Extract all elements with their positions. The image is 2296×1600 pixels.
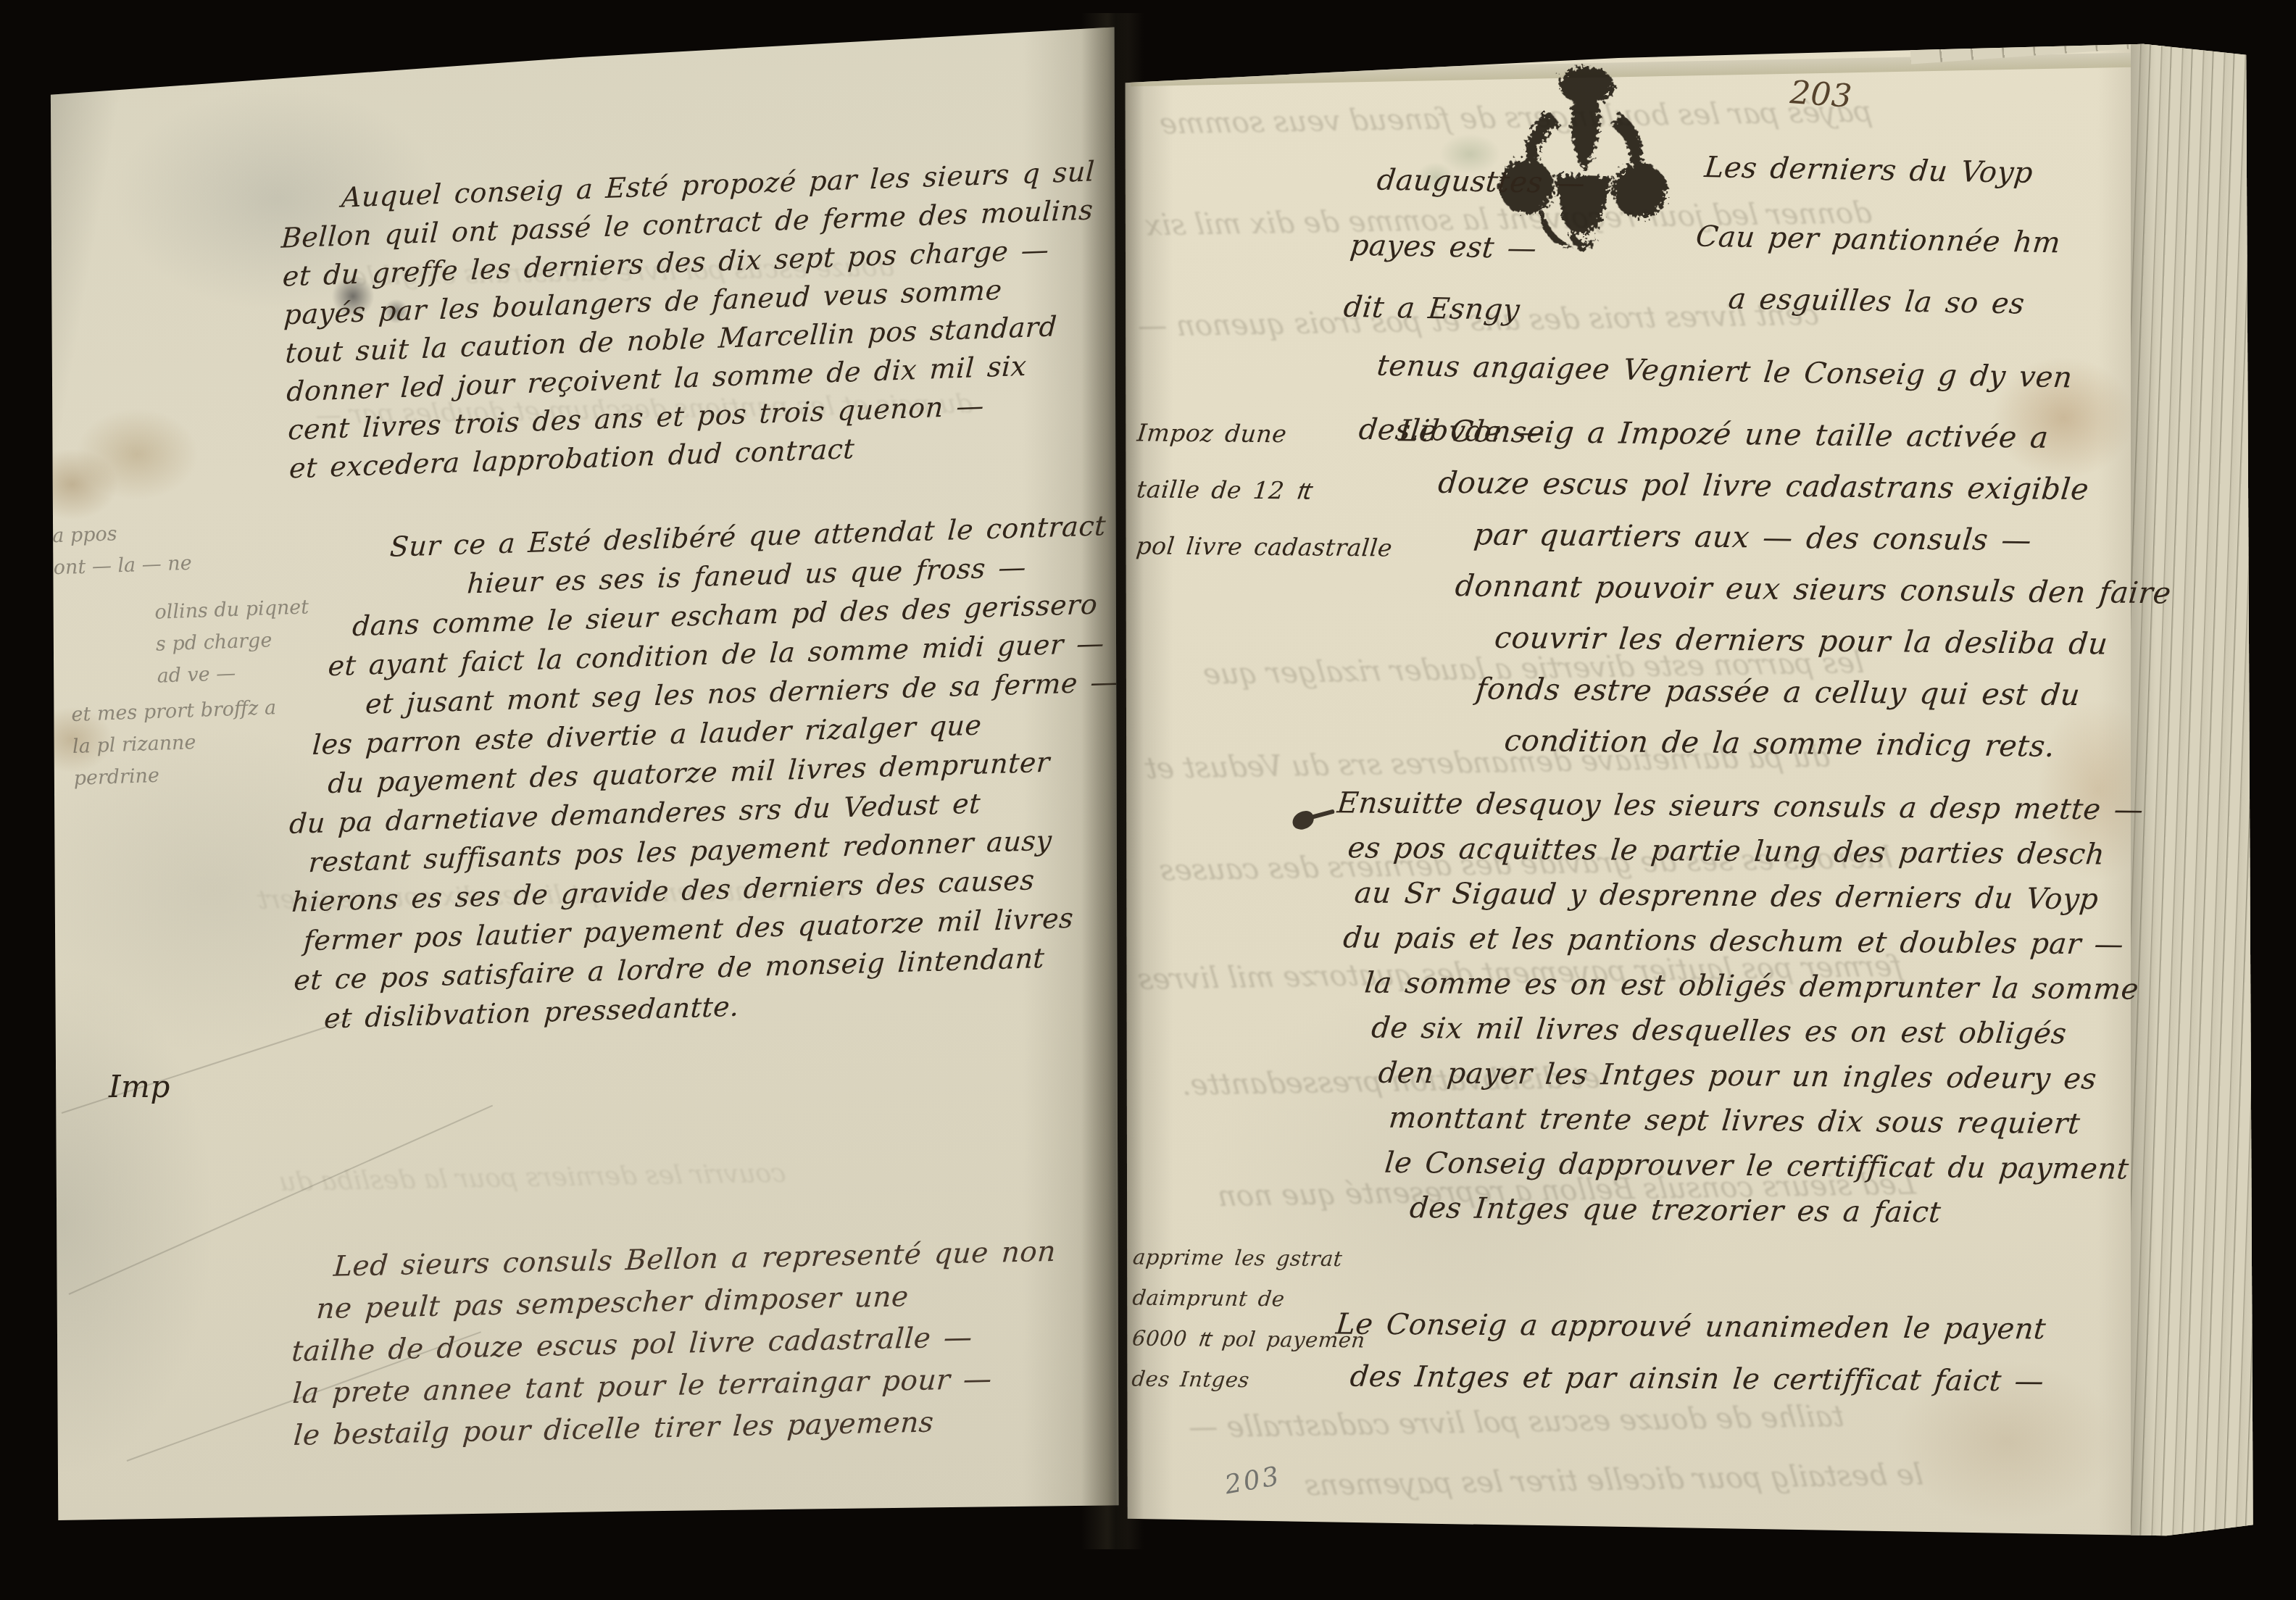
folio-number-ink: 203 [1789, 74, 1853, 115]
manuscript-line: le Conseig dapprouver le certifficat du … [1383, 1141, 2142, 1192]
manuscript-line: de six mil livres desquelles es on est o… [1369, 1006, 2143, 1057]
manuscript-line: Le Conseig a approuvé unanimeden le paye… [1334, 1299, 2048, 1356]
manuscript-line: taille de 12 ₶ [1134, 462, 1396, 520]
manuscript-line: par quartiers aux — des consuls — [1471, 509, 2197, 567]
left-page-paragraph-2: Sur ce a Esté deslibéré que attendat le … [279, 506, 1126, 1039]
manuscript-line: condition de la somme indicg rets. [1502, 715, 2195, 774]
header-fragment: a esguilles la so es [1727, 282, 2026, 320]
manuscript-line: apprime les gstrat [1131, 1237, 1368, 1280]
manuscript-line: Le Conseig a Impozé une taille activée a [1397, 405, 2199, 464]
left-margin-note-faint: a pposont — la — ne [52, 516, 193, 585]
right-margin-note-taille: Impoz dunetaille de 12 ₶pol livre cadast… [1134, 404, 1391, 576]
manuscript-line: du pais et les pantions deschum et doubl… [1342, 915, 2145, 967]
right-page-paragraph-3: Le Conseig a approuvé unanimeden le paye… [1334, 1299, 2044, 1408]
manuscript-line: daimprunt de [1131, 1278, 1368, 1320]
header-fragment: Les derniers du Voyp [1703, 151, 2035, 190]
show-through-text: couvrir les derniers pour la desliba du [278, 1159, 787, 1197]
show-through-text: tailhe de douze escus pol livre cadastra… [1187, 1400, 1846, 1445]
manuscript-line: couvrir les derniers pour la desliba du [1492, 612, 2197, 671]
manuscript-line: douze escus pol livre cadastrans exigibl… [1436, 457, 2198, 517]
manuscript-line: monttant trente sept livres dix sous req… [1386, 1096, 2142, 1147]
ink-blot [1290, 809, 1315, 832]
left-margin-label-imposition: Imp [109, 1069, 170, 1104]
fore-edge-page-stack [2131, 36, 2258, 1546]
header-fragment: Cau per pantionnée hm [1694, 220, 2063, 260]
manuscript-line: donnant pouvoir eux sieurs consuls den f… [1453, 560, 2197, 620]
manuscript-line: fonds estre passée a celluy qui est du [1473, 663, 2196, 722]
manuscript-line: perdrine [73, 756, 279, 795]
header-fragment: daugusttes — [1376, 164, 1587, 201]
manuscript-line: a ppos [52, 516, 191, 553]
underlying-page-edge [1359, 1543, 2229, 1564]
left-page: douze escus pol livre cadastrans exigibl… [40, 18, 1120, 1522]
right-page-paragraph-2: Ensuitte desquoy les sieurs consuls a de… [1331, 780, 2142, 1237]
manuscript-line: la somme es on est obligés demprunter la… [1363, 961, 2144, 1012]
manuscript-line: des Intges et par ainsin le certifficat … [1348, 1351, 2048, 1408]
left-page-paragraph-3: Led sieurs consuls Bellon a representé q… [288, 1231, 1058, 1457]
manuscript-line: Ensuitte desquoy les sieurs consuls a de… [1335, 780, 2145, 833]
folio-number-pencil: 203 [1223, 1462, 1284, 1501]
left-margin-note-faint: et mes prort broffz ala pl rizanneperdri… [71, 692, 279, 795]
book-spread: douze escus pol livre cadastrans exigibl… [0, 0, 2296, 1600]
manuscript-line: au Sr Sigaud y desprenne des derniers du… [1352, 870, 2145, 922]
show-through-text: le bestailg pour dicelle tirer les payem… [1303, 1459, 1925, 1503]
manuscript-line: pol livre cadastralle [1134, 518, 1395, 577]
header-fragment: tenus angaigee Vegniert le Conseig g dy … [1376, 349, 2074, 395]
book-gutter [1081, 13, 1144, 1549]
manuscript-line: den payer les Intges pour un ingles odeu… [1376, 1051, 2143, 1102]
right-page-paragraph-1: Le Conseig a Impozé une taille activée a… [1393, 405, 2194, 773]
right-margin-note-emprunt: apprime les gstratdaimprunt de6000 ₶ pol… [1130, 1237, 1364, 1401]
manuscript-line: des Intges [1130, 1359, 1367, 1401]
header-fragment: payes est — [1349, 229, 1539, 265]
header-fragment: dit a Esngy [1342, 291, 1522, 327]
manuscript-line: 6000 ₶ pol payemen [1131, 1318, 1368, 1361]
manuscript-line: des Intges que trezorier es a faict [1407, 1186, 2142, 1237]
manuscript-line: ont — la — ne [53, 548, 192, 585]
manuscript-line: Impoz dune [1134, 405, 1396, 464]
right-page: payés par les boulangers de faneud veus … [1116, 14, 2258, 1565]
left-page-paragraph-1: Auquel conseig a Esté propozé par les si… [278, 152, 1103, 488]
manuscript-line: es pos acquittes le partie lung des part… [1346, 825, 2145, 878]
